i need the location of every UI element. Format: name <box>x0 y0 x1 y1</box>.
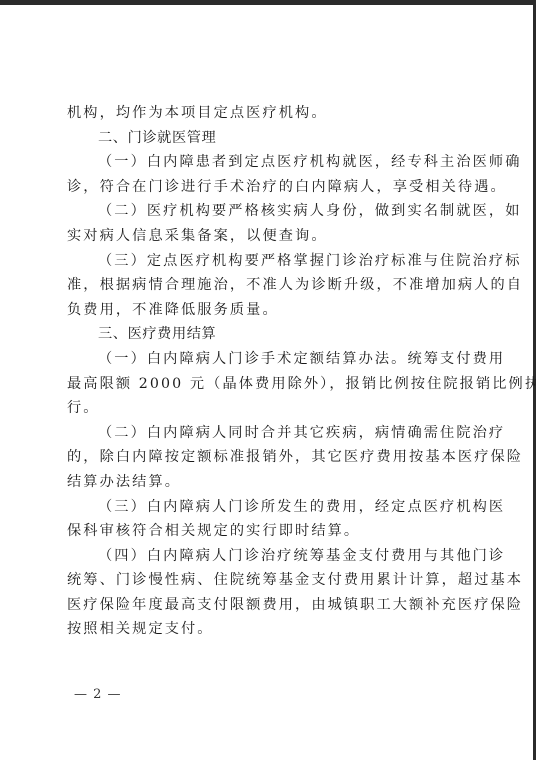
paragraph-line: （三）白内障病人门诊所发生的费用，经定点医疗机构医 <box>67 495 472 520</box>
paragraph-line: 按照相关规定支付。 <box>67 617 472 642</box>
paragraph-line: 结算办法结算。 <box>67 470 472 495</box>
paragraph-line: 医疗保险年度最高支付限额费用，由城镇职工大额补充医疗保险 <box>67 593 472 618</box>
paragraph-line: （四）白内障病人门诊治疗统筹基金支付费用与其他门诊 <box>67 544 472 569</box>
body-line: 机构，均作为本项目定点医疗机构。 <box>67 101 472 126</box>
paragraph-line: 最高限额 2000 元（晶体费用除外），报销比例按住院报销比例执 <box>67 372 472 397</box>
paragraph-line: （一）白内障患者到定点医疗机构就医，经专科主治医师确 <box>67 150 472 175</box>
paragraph-line: （一）白内障病人门诊手术定额结算办法。统筹支付费用 <box>67 347 472 372</box>
document-page: 机构，均作为本项目定点医疗机构。 二、门诊就医管理 （一）白内障患者到定点医疗机… <box>67 101 472 642</box>
paragraph-line: （二）白内障病人同时合并其它疾病，病情确需住院治疗 <box>67 421 472 446</box>
page-number: — 2 — <box>74 687 122 702</box>
section-heading-cost-settlement: 三、医疗费用结算 <box>67 322 472 347</box>
window-top-border <box>0 0 536 5</box>
paragraph-line: 的，除白内障按定额标准报销外，其它医疗费用按基本医疗保险 <box>67 445 472 470</box>
paragraph-line: 准，根据病情合理施治，不准人为诊断升级，不准增加病人的自 <box>67 273 472 298</box>
paragraph-line: 行。 <box>67 396 472 421</box>
paragraph-line: （二）医疗机构要严格核实病人身份，做到实名制就医，如 <box>67 199 472 224</box>
section-heading-outpatient-management: 二、门诊就医管理 <box>67 126 472 151</box>
paragraph-line: （三）定点医疗机构要严格掌握门诊治疗标准与住院治疗标 <box>67 249 472 274</box>
paragraph-line: 统筹、门诊慢性病、住院统筹基金支付费用累计计算，超过基本 <box>67 568 472 593</box>
paragraph-line: 实对病人信息采集备案，以便查询。 <box>67 224 472 249</box>
paragraph-line: 保科审核符合相关规定的实行即时结算。 <box>67 519 472 544</box>
paragraph-line: 负费用，不准降低服务质量。 <box>67 298 472 323</box>
paragraph-line: 诊，符合在门诊进行手术治疗的白内障病人，享受相关待遇。 <box>67 175 472 200</box>
